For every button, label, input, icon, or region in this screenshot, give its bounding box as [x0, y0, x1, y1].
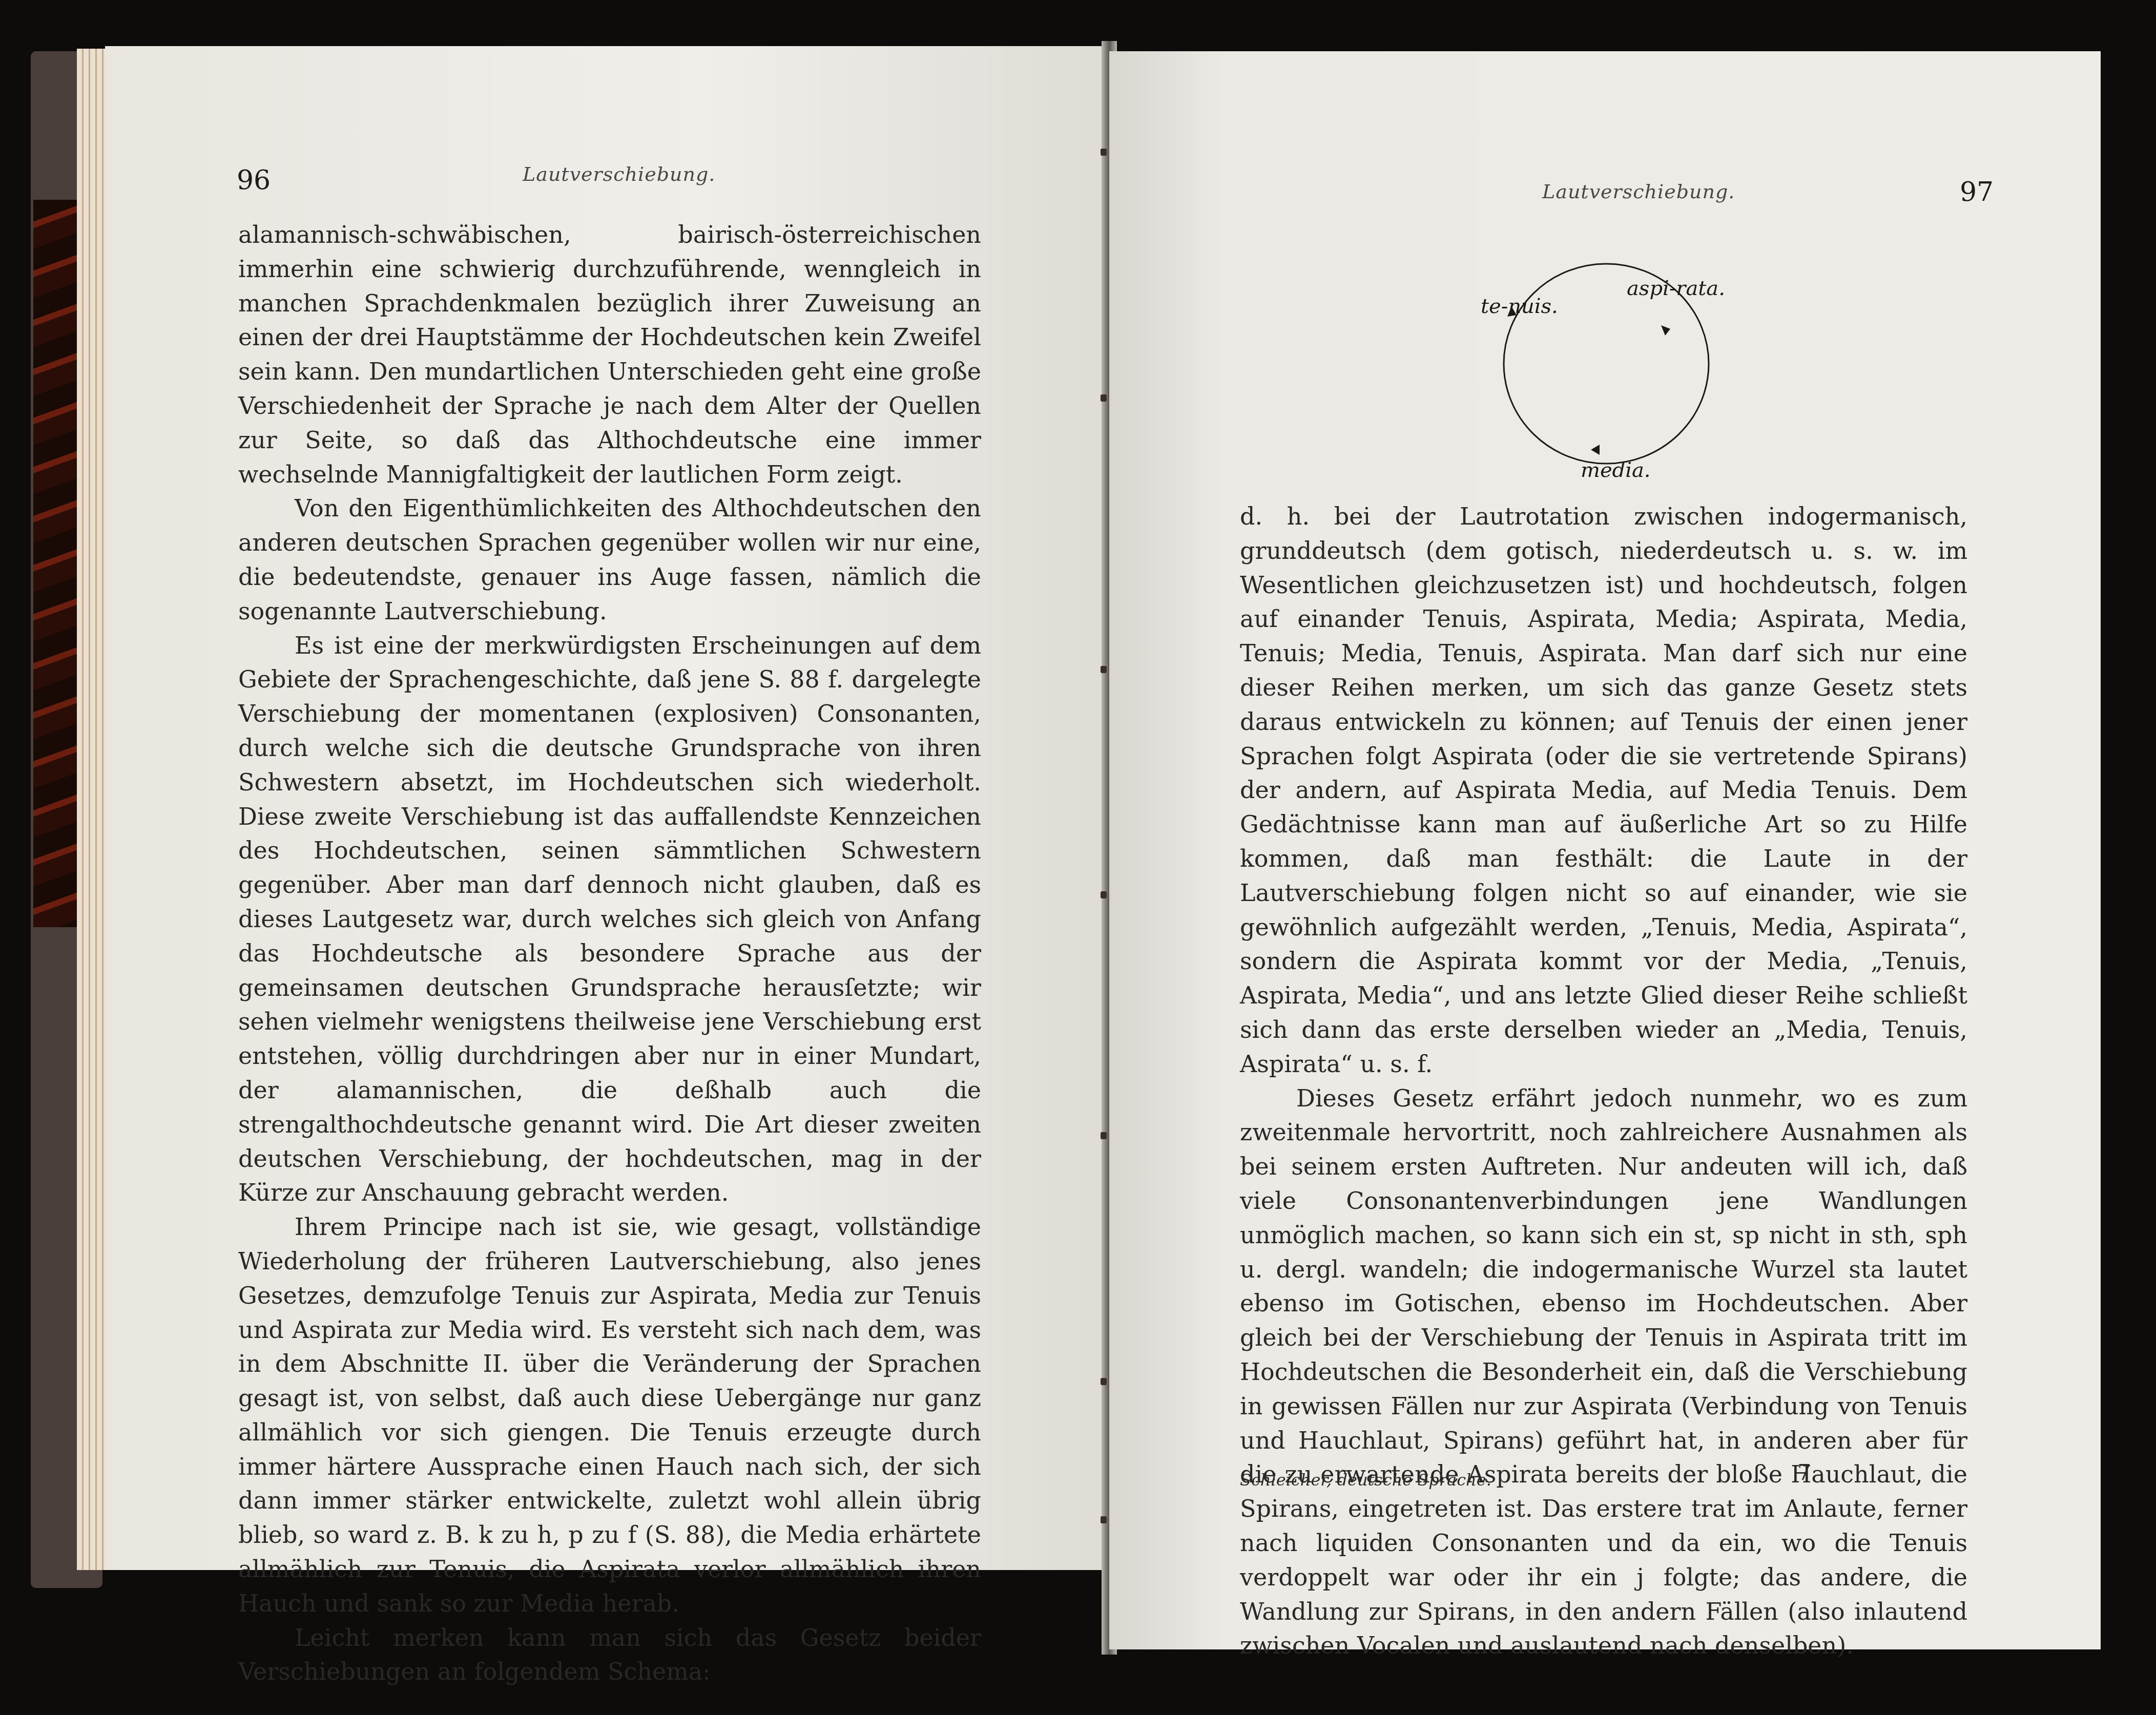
paragraph: d. h. bei der Lautrotation zwischen indo…	[1240, 499, 1967, 1081]
label-tenuis: te-nuis.	[1481, 295, 1558, 318]
binding-stitch	[1101, 891, 1107, 898]
binding-stitch	[1101, 149, 1107, 156]
left-page-number: 96	[237, 165, 271, 196]
left-page-body: alamannisch-schwäbischen, bairisch-öster…	[238, 218, 981, 1689]
footer-signature-line: Schleicher, deutsche Sprache.	[1240, 1470, 1491, 1490]
label-media: media.	[1581, 458, 1651, 482]
paragraph: Leicht merken kann man sich das Gesetz b…	[238, 1621, 981, 1689]
binding-stitch	[1101, 666, 1107, 673]
paragraph: Es ist eine der merkwürdigsten Erscheinu…	[238, 629, 981, 1210]
sound-shift-cycle-diagram: te-nuis. aspi-rata. media.	[1481, 241, 1737, 482]
left-running-head: Lautverschiebung.	[523, 163, 715, 185]
right-running-head: Lautverschiebung.	[1542, 180, 1735, 203]
sheet-signature-number: 7	[1797, 1460, 1811, 1485]
binding-stitch	[1101, 1378, 1107, 1385]
binding-stitch	[1101, 1516, 1107, 1523]
binding-stitch	[1101, 1132, 1107, 1139]
paragraph: Dieses Gesetz erfährt jedoch nunmehr, wo…	[1240, 1081, 1967, 1663]
paragraph: Von den Eigenthümlichkeiten des Althochd…	[238, 491, 981, 628]
paragraph: alamannisch-schwäbischen, bairisch-öster…	[238, 218, 981, 491]
paragraph: Ihrem Principe nach ist sie, wie gesagt,…	[238, 1210, 981, 1621]
label-aspirata: aspi-rata.	[1627, 277, 1725, 300]
binding-stitch	[1101, 394, 1107, 402]
right-page-number: 97	[1960, 177, 1994, 207]
